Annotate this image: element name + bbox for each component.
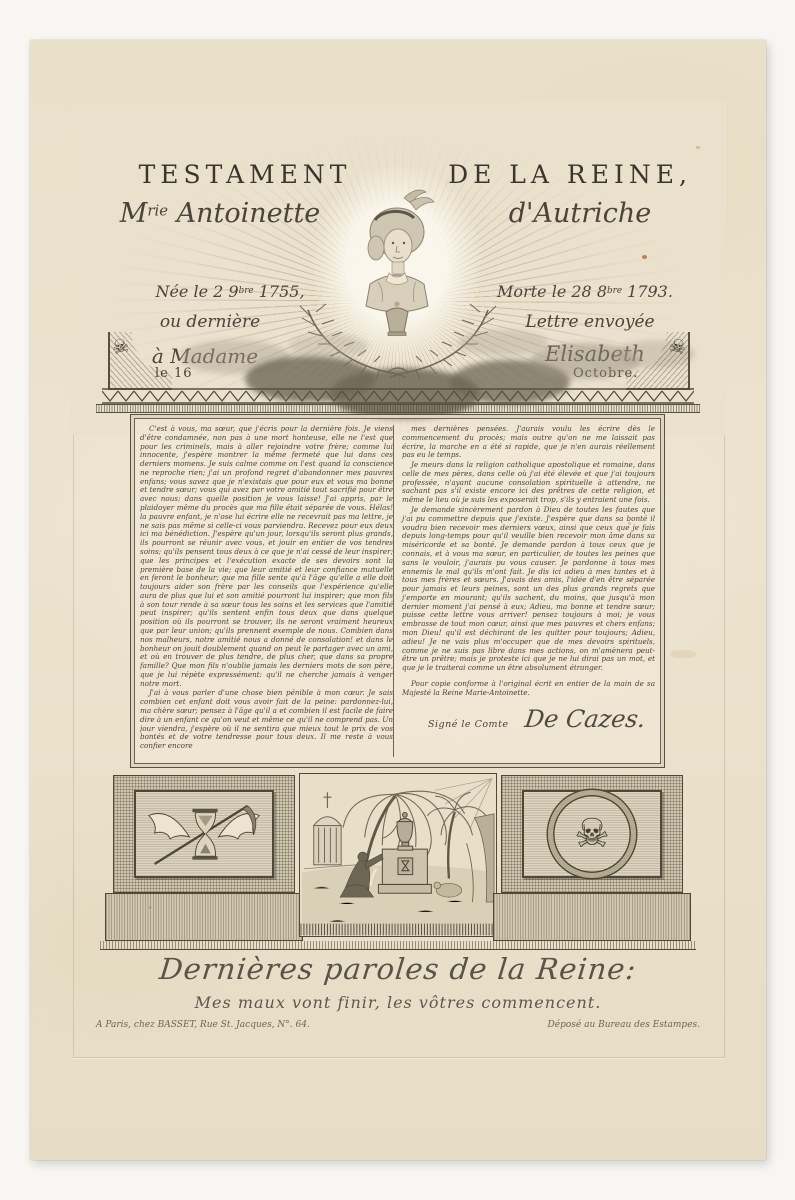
title-de-la-reine: DE LA REINE,: [440, 160, 700, 189]
letter-paragraph: J'ai à vous parler d'une chose bien péni…: [140, 689, 393, 750]
died-pre: Morte le 28 8: [497, 282, 607, 301]
stain: [670, 650, 696, 658]
skull-crossbones-icon: ☠: [574, 814, 610, 854]
title-testament: TESTAMENT: [120, 160, 370, 189]
letter-paragraph: Je demande sincèrement pardon à Dieu de …: [402, 506, 655, 673]
skull-medallion-panel: ☠: [522, 790, 662, 878]
letter-paragraph: mes dernières pensées. J'aurais voulu le…: [402, 425, 655, 460]
name-rest: Antoinette: [168, 198, 320, 229]
subtitle-ou-derniere: ou dernière: [115, 312, 305, 332]
pedestal-left: [113, 775, 295, 893]
died-sup: bre: [607, 286, 622, 296]
foxing-spot: [642, 255, 647, 259]
deposit-notice: Déposé au Bureau des Estampes.: [548, 1020, 700, 1030]
winged-hourglass-panel: [134, 790, 274, 878]
letter-paragraph: C'est à vous, ma sœur, que j'écris pour …: [140, 425, 393, 688]
engraving-sheet: TESTAMENT DE LA REINE, Mrie Antoinette d…: [30, 40, 766, 1160]
letter-columns: C'est à vous, ma sœur, que j'écris pour …: [140, 425, 655, 757]
skull-crossbones-icon: ☠: [667, 334, 689, 359]
letter-paragraph: Je meurs dans la religion catholique apo…: [402, 461, 655, 505]
corner-ornament-right: ☠: [626, 332, 690, 390]
signature: De Cazes.: [523, 705, 647, 733]
pedestal-base-left: [105, 893, 303, 941]
tomb-vignette: [299, 773, 497, 937]
foxing-spot: [696, 146, 700, 149]
born-sup: bre: [239, 286, 254, 296]
publisher-address: A Paris, chez BASSET, Rue St. Jacques, N…: [96, 1020, 310, 1030]
name-base: M: [120, 198, 148, 229]
pedestal-base-right: [493, 893, 691, 941]
signature-prefix: Signé le Comte: [428, 719, 509, 730]
chevron-cornice: [102, 388, 694, 404]
ouroboros-ring: ☠: [548, 790, 636, 878]
name-sup: rie: [147, 201, 168, 219]
foxing-spot: [148, 906, 152, 909]
last-words-title: Dernières paroles de la Reine:: [28, 952, 768, 986]
cloud: [458, 330, 548, 356]
ground-strip: [100, 941, 696, 950]
pedestal-right: ☠: [501, 775, 683, 893]
corner-ornament-left: ☠: [108, 332, 172, 390]
born-pre: Née le 2 9: [155, 282, 238, 301]
subtitle-lettre-envoyee: Lettre envoyée: [475, 312, 705, 332]
mourner-at-tomb-scene: [300, 774, 496, 936]
last-words-quote: Mes maux vont finir, les vôtres commence…: [30, 993, 766, 1012]
hatch-strip: [96, 404, 700, 413]
letter-right-paragraphs: mes dernières pensées. J'aurais voulu le…: [402, 425, 655, 673]
winged-hourglass-scythe-icon: [141, 798, 267, 870]
letter-right-column: mes dernières pensées. J'aurais voulu le…: [393, 425, 655, 757]
name-marie-antoinette: Mrie Antoinette: [85, 198, 355, 229]
name-autriche: d'Autriche: [455, 198, 705, 229]
died-post: 1793.: [622, 282, 673, 301]
page-background: { "print": { "header": { "title_left": "…: [0, 0, 795, 1200]
letter-left-column: C'est à vous, ma sœur, que j'écris pour …: [140, 425, 393, 757]
attestation: Pour copie conforme à l'original écrit e…: [402, 680, 655, 698]
signature-row: Signé le Comte De Cazes.: [402, 705, 655, 733]
cloud: [288, 334, 368, 358]
skull-crossbones-icon: ☠: [110, 334, 132, 359]
imprint-line: A Paris, chez BASSET, Rue St. Jacques, N…: [96, 1020, 700, 1030]
letter-panel: C'est à vous, ma sœur, que j'écris pour …: [130, 414, 665, 768]
foxing-spot: [628, 522, 631, 525]
